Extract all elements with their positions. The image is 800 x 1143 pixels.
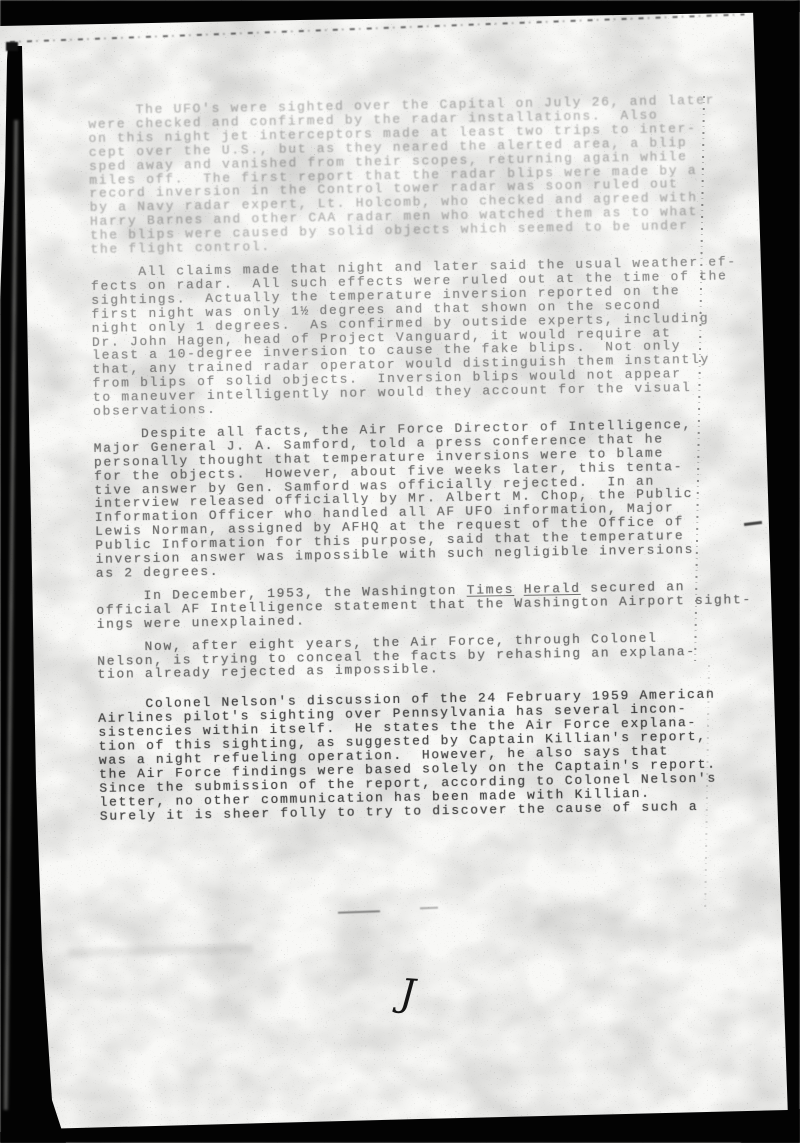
paragraph: In December, 1953, the Washington Times …	[96, 579, 757, 632]
document-text: The UFO's were sighted over the Capital …	[88, 93, 760, 823]
handwritten-j-mark: J	[399, 974, 417, 1013]
text-segment: observations.	[93, 402, 217, 419]
paragraph: The UFO's were sighted over the Capital …	[88, 93, 750, 257]
text-segment	[514, 582, 524, 597]
paragraph: Now, after eight years, the Air Force, t…	[97, 630, 758, 683]
paragraph: All claims made that night and later sai…	[91, 255, 753, 419]
text-segment: the flight control.	[90, 239, 271, 257]
scanned-document-page: The UFO's were sighted over the Capital …	[0, 0, 800, 1143]
ink-blot-artifact	[6, 42, 18, 51]
text-segment: ings were unexplained.	[97, 613, 306, 631]
paragraph: Colonel Nelson's discussion of the 24 Fe…	[98, 687, 760, 823]
paragraph: Despite all facts, the Air Force Directo…	[93, 417, 755, 581]
text-segment: as 2 degrees.	[96, 564, 220, 581]
